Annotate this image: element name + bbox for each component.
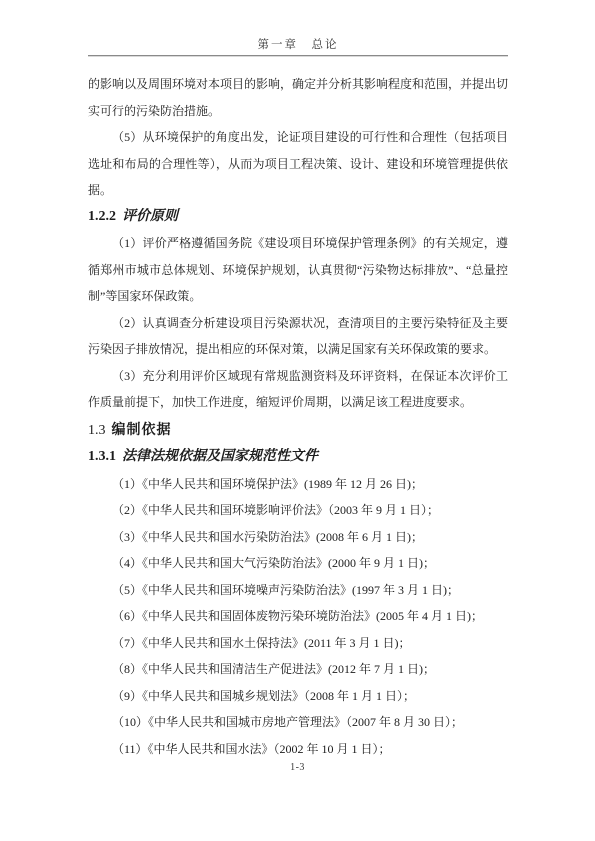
law-list-item: （9）《中华人民共和国城乡规划法》（2008 年 1 月 1 日）； [88, 683, 508, 710]
paragraph-principle-1: （1）评价严格遵循国务院《建设项目环境保护管理条例》的有关规定，遵循郑州市城市总… [88, 230, 508, 310]
law-list-item: （10）《中华人民共和国城市房地产管理法》（2007 年 8 月 30 日）； [88, 709, 508, 736]
paragraph-continuation: 的影响以及周围环境对本项目的影响，确定并分析其影响程度和范围，并提出切实可行的污… [88, 71, 508, 124]
law-list-item: （3）《中华人民共和国水污染防治法》(2008 年 6 月 1 日)； [88, 524, 508, 551]
running-header: 第一章 总论 [88, 38, 508, 52]
section-heading-1-3: 1.3编制依据 [88, 416, 508, 445]
law-list-item: （6）《中华人民共和国固体废物污染环境防治法》(2005 年 4 月 1 日)； [88, 603, 508, 630]
paragraph-task-5: （5）从环境保护的角度出发，论证项目建设的可行性和合理性（包括项目选址和布局的合… [88, 124, 508, 204]
section-title: 编制依据 [112, 421, 172, 437]
paragraph-principle-2: （2）认真调查分析建设项目污染源状况，查清项目的主要污染特征及主要污染因子排放情… [88, 310, 508, 363]
law-list-item: （1）《中华人民共和国环境保护法》(1989 年 12 月 26 日)； [88, 471, 508, 498]
page-content: 的影响以及周围环境对本项目的影响，确定并分析其影响程度和范围，并提出切实可行的污… [88, 71, 508, 762]
section-number: 1.2.2 [88, 209, 116, 224]
paragraph-principle-3: （3）充分利用评价区域现有常规监测资料及环评资料，在保证本次评价工作质量前提下，… [88, 363, 508, 416]
header-divider [88, 55, 508, 57]
document-page: 第一章 总论 的影响以及周围环境对本项目的影响，确定并分析其影响程度和范围，并提… [0, 0, 595, 841]
section-title: 法律法规依据及国家规范性文件 [122, 449, 318, 464]
page-number: 1-3 [0, 762, 595, 773]
section-number: 1.3 [88, 423, 106, 438]
law-list-item: （4）《中华人民共和国大气污染防治法》(2000 年 9 月 1 日)； [88, 550, 508, 577]
section-number: 1.3.1 [88, 449, 116, 464]
law-list-item: （2）《中华人民共和国环境影响评价法》（2003 年 9 月 1 日）； [88, 497, 508, 524]
section-title: 评价原则 [122, 209, 178, 224]
law-list-item: （11）《中华人民共和国水法》（2002 年 10 月 1 日）； [88, 736, 508, 763]
law-list-item: （5）《中华人民共和国环境噪声污染防治法》(1997 年 3 月 1 日)； [88, 577, 508, 604]
law-list-item: （8）《中华人民共和国清洁生产促进法》(2012 年 7 月 1 日)； [88, 656, 508, 683]
section-heading-1-3-1: 1.3.1法律法规依据及国家规范性文件 [88, 444, 508, 471]
law-list-item: （7）《中华人民共和国水土保持法》(2011 年 3 月 1 日)； [88, 630, 508, 657]
chapter-title: 第一章 总论 [258, 39, 339, 51]
section-heading-1-2-2: 1.2.2评价原则 [88, 204, 508, 231]
